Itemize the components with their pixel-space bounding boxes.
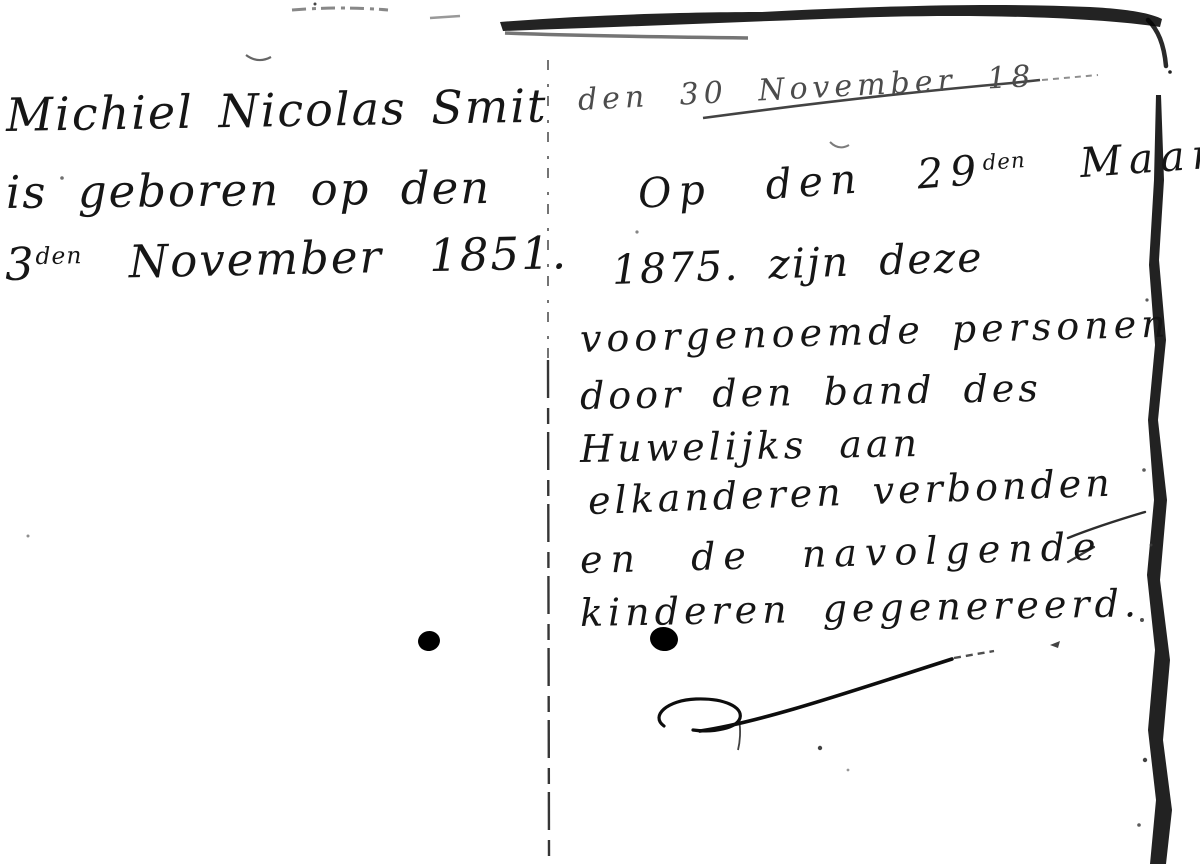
handwritten-line-struck-date: den 30 November 18 xyxy=(577,62,1036,116)
birth-day-ordinal: den xyxy=(35,241,82,270)
birth-date-rest: November 1851. xyxy=(82,226,569,289)
handwritten-line-united: elkanderen verbonden xyxy=(587,464,1114,520)
handwritten-line-persons: voorgenoemde personen xyxy=(580,305,1172,358)
scan-edge-right xyxy=(1137,95,1172,864)
pen-flourish xyxy=(659,651,994,750)
birth-day-number: 3 xyxy=(4,237,36,291)
marriage-day-ordinal: den xyxy=(982,148,1027,176)
handwritten-line-marriage-bond: Huwelijks aan xyxy=(580,424,922,468)
handwritten-line-following: en de navolgende xyxy=(580,527,1104,579)
handwritten-line-children: kinderen gegenereerd. xyxy=(580,584,1142,632)
handwritten-line-marriage-date: Op den 29den Maart xyxy=(637,132,1200,215)
handwritten-line-name: Michiel Nicolas Smit xyxy=(6,83,548,138)
marriage-date-pre: Op den 29 xyxy=(636,146,985,218)
gutter-fold-line xyxy=(548,60,549,858)
handwritten-line-band: door den band des xyxy=(580,369,1042,415)
scanned-document-spread: Michiel Nicolas Smit is geboren op den 3… xyxy=(0,0,1200,864)
handwritten-line-born: is geboren op den xyxy=(6,165,492,215)
handwritten-line-year: 1875. zijn deze xyxy=(611,237,984,291)
scan-edge-top xyxy=(292,3,1172,74)
handwritten-line-birth-date: 3den November 1851. xyxy=(5,230,569,287)
marriage-date-rest: Maart xyxy=(1024,128,1200,191)
